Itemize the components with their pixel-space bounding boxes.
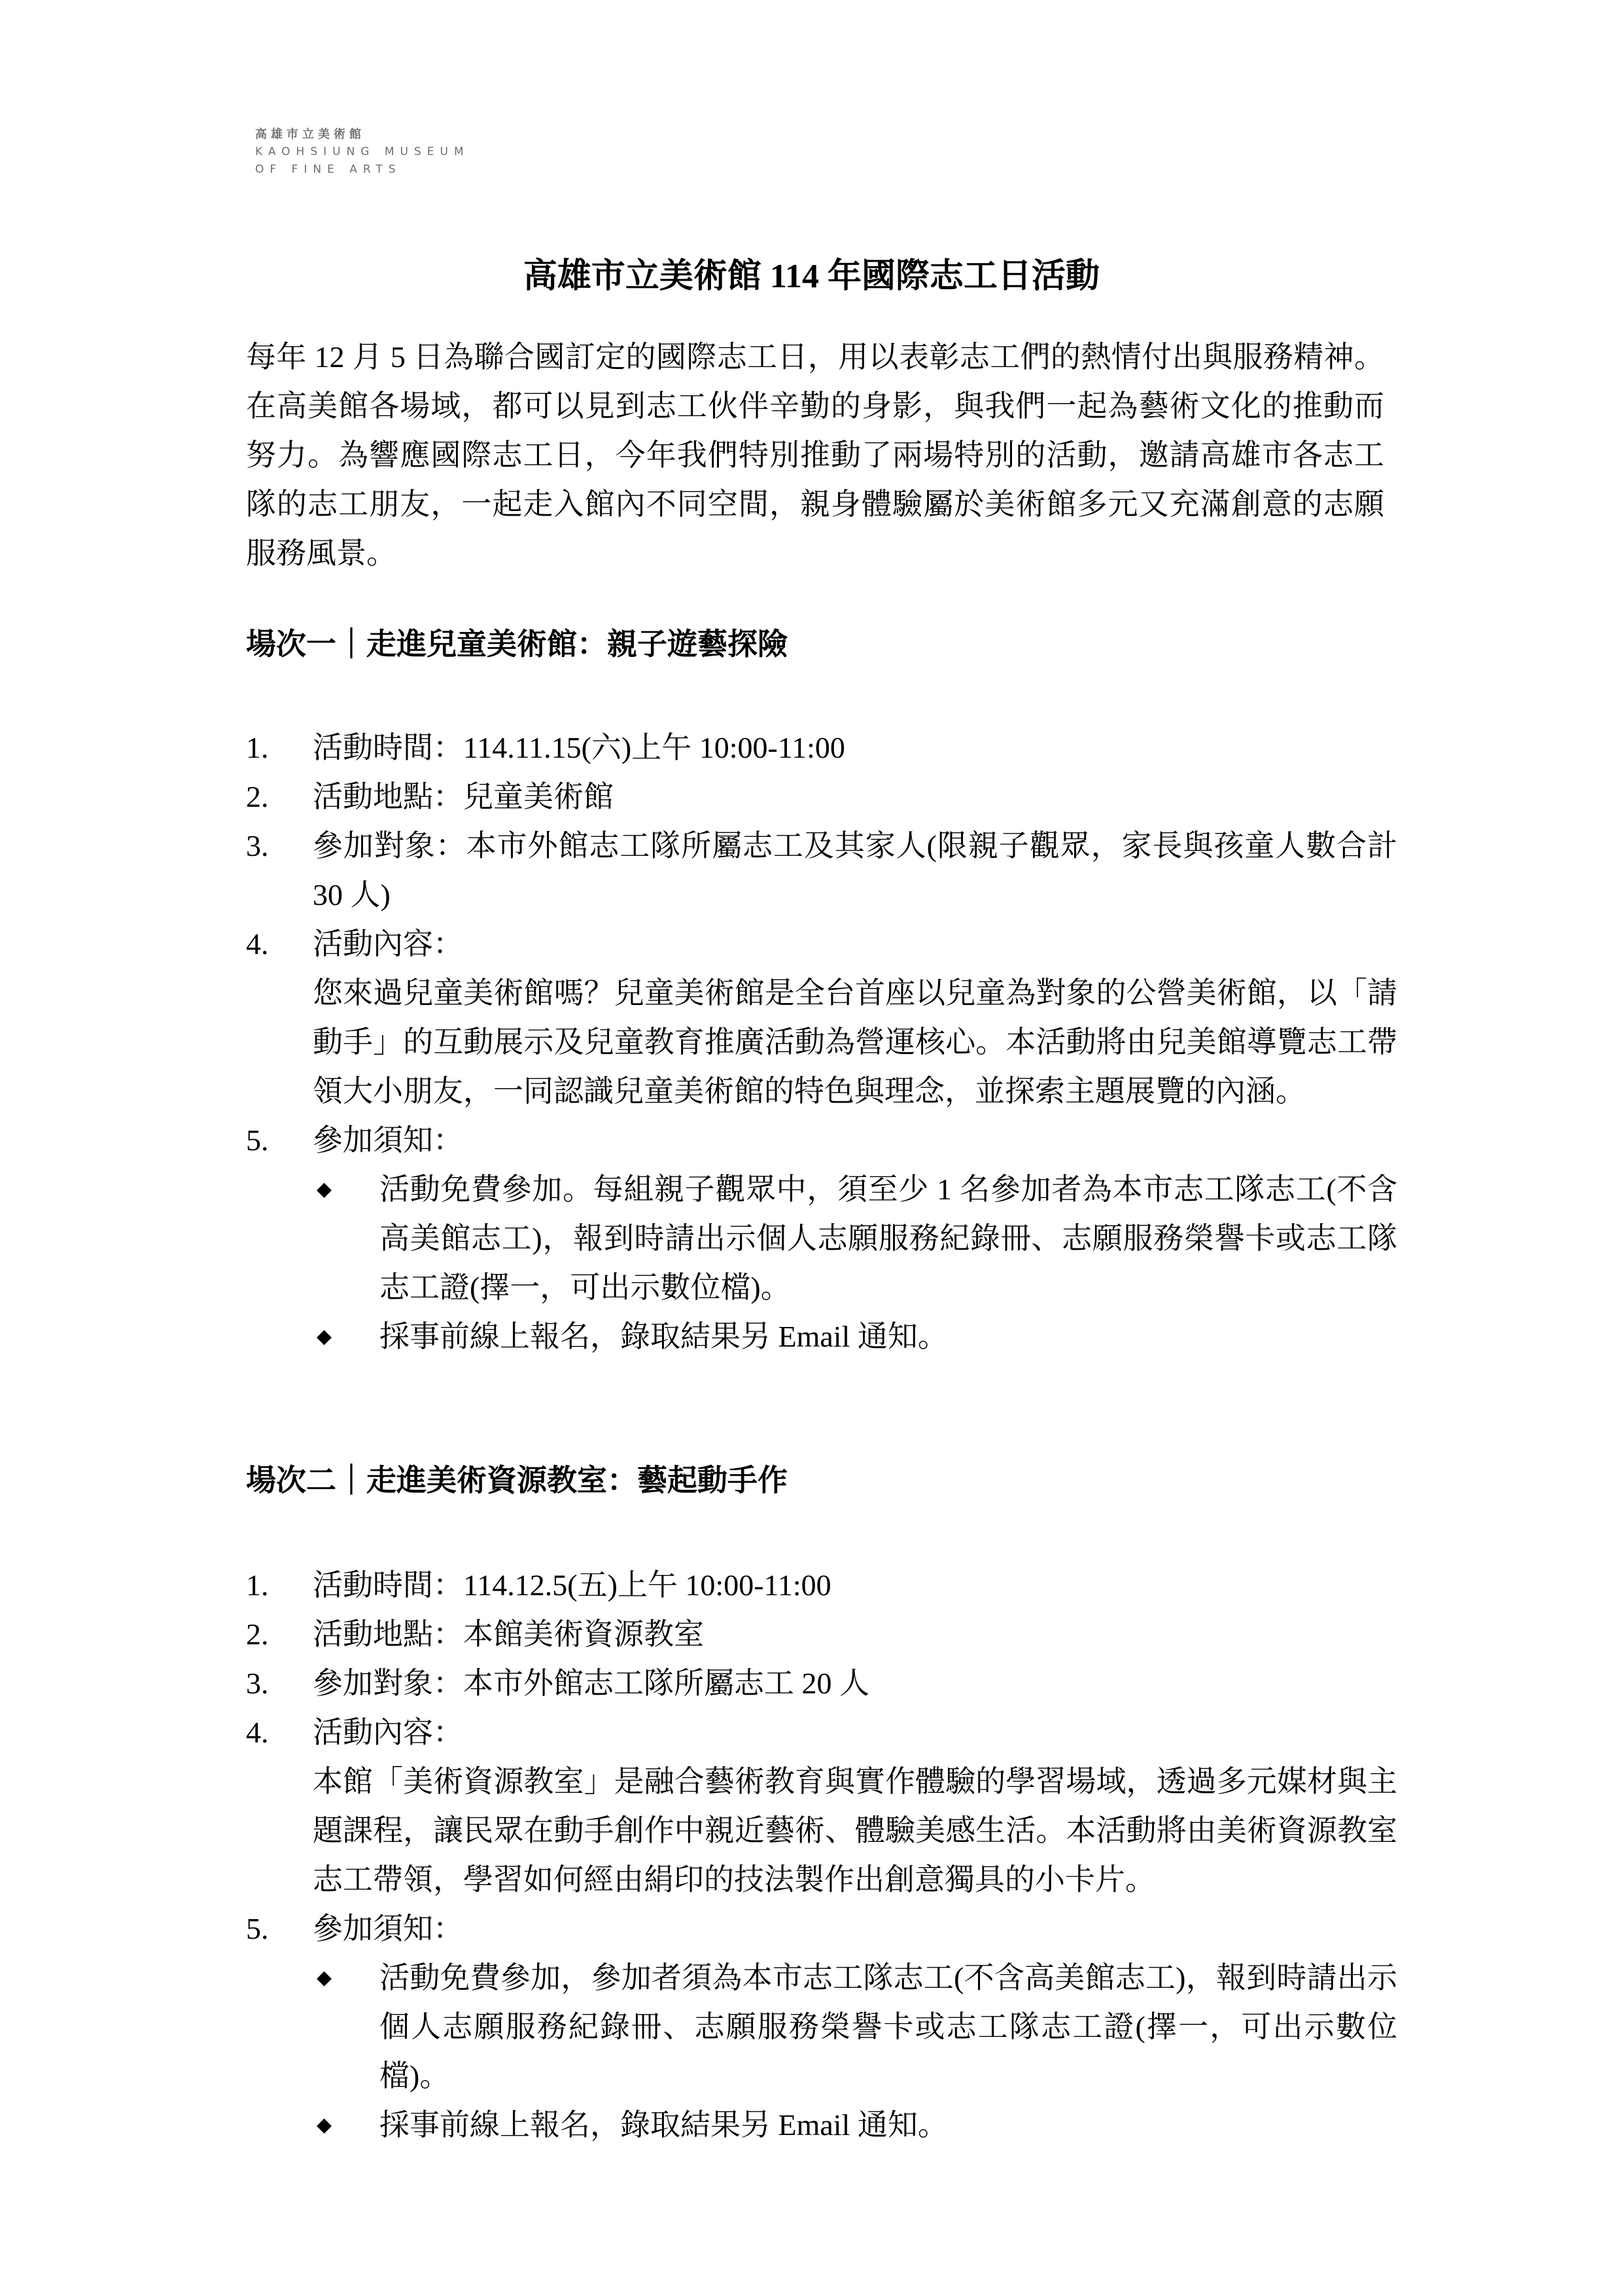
item-text: 活動地點：兒童美術館	[313, 780, 614, 813]
session-2-list: 1. 活動時間：114.12.5(五)上午 10:00-11:00 2. 活動地…	[246, 1561, 1397, 2149]
item-number: 3.	[246, 821, 269, 870]
list-item: 1. 活動時間：114.11.15(六)上午 10:00-11:00	[246, 723, 1397, 772]
item-number: 3.	[246, 1659, 269, 1708]
logo-english-line-1: KAOHSIUNG MUSEUM	[255, 143, 470, 161]
bullet-text: 採事前線上報名，錄取結果另 Email 通知。	[379, 2108, 948, 2142]
list-item: 1. 活動時間：114.12.5(五)上午 10:00-11:00	[246, 1561, 1397, 1610]
list-item: 5. 參加須知： ◆ 活動免費參加，參加者須為本市志工隊志工(不含高美館志工)，…	[246, 1904, 1397, 2149]
bullet-text: 活動免費參加，參加者須為本市志工隊志工(不含高美館志工)，報到時請出示個人志願服…	[379, 1961, 1397, 2093]
item-text: 參加須知：	[313, 1116, 1397, 1165]
item-text: 參加對象：本市外館志工隊所屬志工及其家人(限親子觀眾，家長與孩童人數合計 30 …	[313, 821, 1397, 919]
diamond-bullet-icon: ◆	[317, 1312, 332, 1361]
list-item: 3. 參加對象：本市外館志工隊所屬志工及其家人(限親子觀眾，家長與孩童人數合計 …	[246, 821, 1397, 919]
logo-chinese-name: 高雄市立美術館	[255, 126, 470, 143]
list-item: 2. 活動地點：本館美術資源教室	[246, 1610, 1397, 1659]
museum-logo: 高雄市立美術館 KAOHSIUNG MUSEUM OF FINE ARTS	[255, 126, 470, 179]
notice-bullets: ◆ 活動免費參加，參加者須為本市志工隊志工(不含高美館志工)，報到時請出示個人志…	[313, 1953, 1397, 2149]
list-item: 3. 參加對象：本市外館志工隊所屬志工 20 人	[246, 1659, 1397, 1708]
diamond-bullet-icon: ◆	[317, 1953, 332, 2002]
logo-english-line-2: OF FINE ARTS	[255, 161, 470, 179]
bullet-text: 活動免費參加。每組親子觀眾中，須至少 1 名參加者為本市志工隊志工(不含高美館志…	[379, 1173, 1397, 1304]
session-1-list: 1. 活動時間：114.11.15(六)上午 10:00-11:00 2. 活動…	[246, 723, 1397, 1361]
item-number: 2.	[246, 772, 269, 821]
item-description: 本館「美術資源教室」是融合藝術教育與實作體驗的學習場域，透過多元媒材與主題課程，…	[313, 1757, 1397, 1904]
diamond-bullet-icon: ◆	[317, 2100, 332, 2149]
bullet-item: ◆ 活動免費參加，參加者須為本市志工隊志工(不含高美館志工)，報到時請出示個人志…	[313, 1953, 1397, 2100]
item-number: 5.	[246, 1904, 269, 1953]
document-title: 高雄市立美術館 114 年國際志工日活動	[0, 254, 1623, 300]
item-text: 活動內容：	[313, 1708, 1397, 1757]
session-1-heading: 場次一｜走進兒童美術館：親子遊藝探險	[246, 622, 788, 667]
item-text: 參加須知：	[313, 1904, 1397, 1953]
item-number: 2.	[246, 1610, 269, 1659]
intro-paragraph: 每年 12 月 5 日為聯合國訂定的國際志工日，用以表彰志工們的熱情付出與服務精…	[246, 332, 1384, 578]
list-item: 2. 活動地點：兒童美術館	[246, 772, 1397, 821]
session-2-heading: 場次二｜走進美術資源教室：藝起動手作	[246, 1458, 788, 1504]
bullet-text: 採事前線上報名，錄取結果另 Email 通知。	[379, 1320, 948, 1353]
list-item: 4. 活動內容： 本館「美術資源教室」是融合藝術教育與實作體驗的學習場域，透過多…	[246, 1708, 1397, 1904]
item-number: 4.	[246, 919, 269, 968]
item-number: 1.	[246, 723, 269, 772]
item-number: 1.	[246, 1561, 269, 1610]
item-number: 5.	[246, 1116, 269, 1165]
bullet-item: ◆ 採事前線上報名，錄取結果另 Email 通知。	[313, 1312, 1397, 1361]
list-item: 4. 活動內容： 您來過兒童美術館嗎？兒童美術館是全台首座以兒童為對象的公營美術…	[246, 919, 1397, 1116]
item-number: 4.	[246, 1708, 269, 1757]
list-item: 5. 參加須知： ◆ 活動免費參加。每組親子觀眾中，須至少 1 名參加者為本市志…	[246, 1116, 1397, 1361]
item-text: 活動內容：	[313, 919, 1397, 968]
item-description: 您來過兒童美術館嗎？兒童美術館是全台首座以兒童為對象的公營美術館，以「請動手」的…	[313, 968, 1397, 1116]
item-text: 參加對象：本市外館志工隊所屬志工 20 人	[313, 1667, 869, 1700]
notice-bullets: ◆ 活動免費參加。每組親子觀眾中，須至少 1 名參加者為本市志工隊志工(不含高美…	[313, 1165, 1397, 1361]
item-text: 活動時間：114.11.15(六)上午 10:00-11:00	[313, 731, 845, 764]
bullet-item: ◆ 採事前線上報名，錄取結果另 Email 通知。	[313, 2100, 1397, 2149]
item-text: 活動時間：114.12.5(五)上午 10:00-11:00	[313, 1568, 831, 1602]
item-text: 活動地點：本館美術資源教室	[313, 1617, 704, 1651]
bullet-item: ◆ 活動免費參加。每組親子觀眾中，須至少 1 名參加者為本市志工隊志工(不含高美…	[313, 1165, 1397, 1312]
diamond-bullet-icon: ◆	[317, 1165, 332, 1214]
